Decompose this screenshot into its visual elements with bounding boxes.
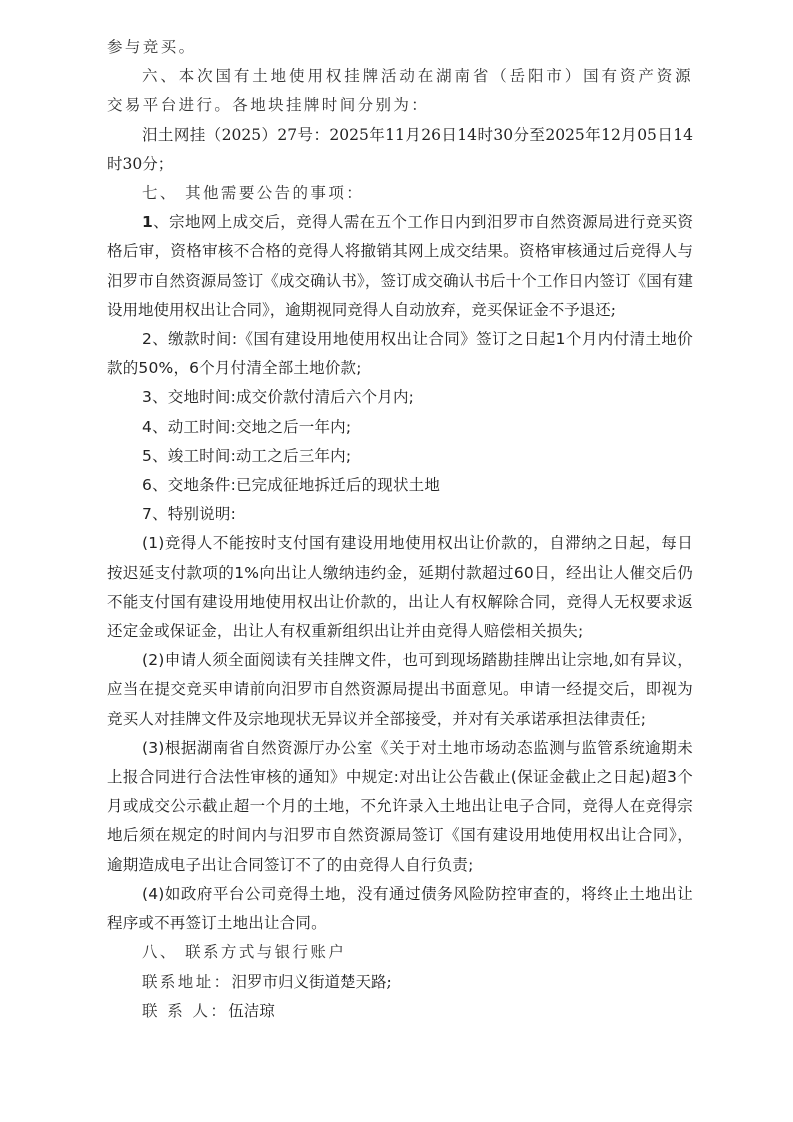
item-text: 、交地条件:已完成征地拆迁后的现状土地 bbox=[152, 476, 440, 494]
item-6-paragraph: 6、交地条件:已完成征地拆迁后的现状土地 bbox=[107, 471, 693, 500]
section-7-heading: 七、 其他需要公告的事项： bbox=[107, 179, 693, 208]
item-number: 4 bbox=[142, 418, 152, 436]
address-value: 汨罗市归义街道楚天路; bbox=[232, 973, 392, 991]
note-text: 如政府平台公司竞得土地，没有通过债务风险防控审查的，将终止土地出让程序或不再签订… bbox=[107, 885, 693, 932]
item-number: 1 bbox=[142, 213, 153, 231]
section-6-paragraph: 六、本次国有土地使用权挂牌活动在湖南省（岳阳市）国有资产资源交易平台进行。各地块… bbox=[107, 62, 693, 120]
item-text: 、宗地网上成交后，竞得人需在五个工作日内到汨罗市自然资源局进行竞买资格后审，资格… bbox=[107, 213, 693, 319]
note-number: (1) bbox=[142, 534, 165, 552]
note-1-paragraph: (1)竞得人不能按时支付国有建设用地使用权出让价款的，自滞纳之日起，每日按迟延支… bbox=[107, 529, 693, 646]
item-number: 5 bbox=[142, 447, 152, 465]
item-text: 、特别说明: bbox=[152, 505, 236, 523]
note-text: 竞得人不能按时支付国有建设用地使用权出让价款的，自滞纳之日起，每日按迟延支付款项… bbox=[107, 534, 693, 640]
item-2-paragraph: 2、缴款时间:《国有建设用地使用权出让合同》签订之日起1个月内付清土地价款的50… bbox=[107, 325, 693, 383]
item-1-paragraph: 1、宗地网上成交后，竞得人需在五个工作日内到汨罗市自然资源局进行竞买资格后审，资… bbox=[107, 208, 693, 325]
item-number: 2 bbox=[142, 330, 152, 348]
note-3-paragraph: (3)根据湖南省自然资源厅办公室《关于对土地市场动态监测与监管系统逾期未上报合同… bbox=[107, 734, 693, 880]
item-4-paragraph: 4、动工时间:交地之后一年内; bbox=[107, 413, 693, 442]
contact-label: 联 系 人： bbox=[142, 1002, 228, 1020]
item-5-paragraph: 5、竣工时间:动工之后三年内; bbox=[107, 442, 693, 471]
continuation-text: 参与竞买。 bbox=[107, 33, 693, 62]
note-number: (4) bbox=[142, 885, 165, 903]
note-text: 根据湖南省自然资源厅办公室《关于对土地市场动态监测与监管系统逾期未上报合同进行合… bbox=[107, 739, 693, 874]
note-text: 申请人须全面阅读有关挂牌文件，也可到现场踏勘挂牌出让宗地,如有异议，应当在提交竞… bbox=[107, 651, 693, 727]
contact-value: 伍洁琼 bbox=[228, 1002, 275, 1020]
contact-person: 联 系 人：伍洁琼 bbox=[107, 997, 693, 1026]
item-text: 、缴款时间:《国有建设用地使用权出让合同》签订之日起1个月内付清土地价款的50%… bbox=[107, 330, 693, 377]
note-4-paragraph: (4)如政府平台公司竞得土地，没有通过债务风险防控审查的，将终止土地出让程序或不… bbox=[107, 880, 693, 938]
item-7-paragraph: 7、特别说明: bbox=[107, 500, 693, 529]
item-number: 7 bbox=[142, 505, 152, 523]
contact-address: 联系地址：汨罗市归义街道楚天路; bbox=[107, 968, 693, 997]
item-3-paragraph: 3、交地时间:成交价款付清后六个月内; bbox=[107, 383, 693, 412]
item-number: 6 bbox=[142, 476, 152, 494]
note-number: (3) bbox=[142, 739, 165, 757]
item-number: 3 bbox=[142, 388, 152, 406]
section-8-heading: 八、 联系方式与银行账户 bbox=[107, 938, 693, 967]
item-text: 、交地时间:成交价款付清后六个月内; bbox=[152, 388, 414, 406]
item-text: 、动工时间:交地之后一年内; bbox=[152, 418, 351, 436]
document-page: 参与竞买。 六、本次国有土地使用权挂牌活动在湖南省（岳阳市）国有资产资源交易平台… bbox=[107, 33, 693, 1026]
address-label: 联系地址： bbox=[142, 973, 232, 991]
item-text: 、竣工时间:动工之后三年内; bbox=[152, 447, 351, 465]
note-number: (2) bbox=[142, 651, 165, 669]
note-2-paragraph: (2)申请人须全面阅读有关挂牌文件，也可到现场踏勘挂牌出让宗地,如有异议，应当在… bbox=[107, 646, 693, 734]
listing-time-paragraph: 汨土网挂（2025）27号：2025年11月26日14时30分至2025年12月… bbox=[107, 121, 693, 179]
